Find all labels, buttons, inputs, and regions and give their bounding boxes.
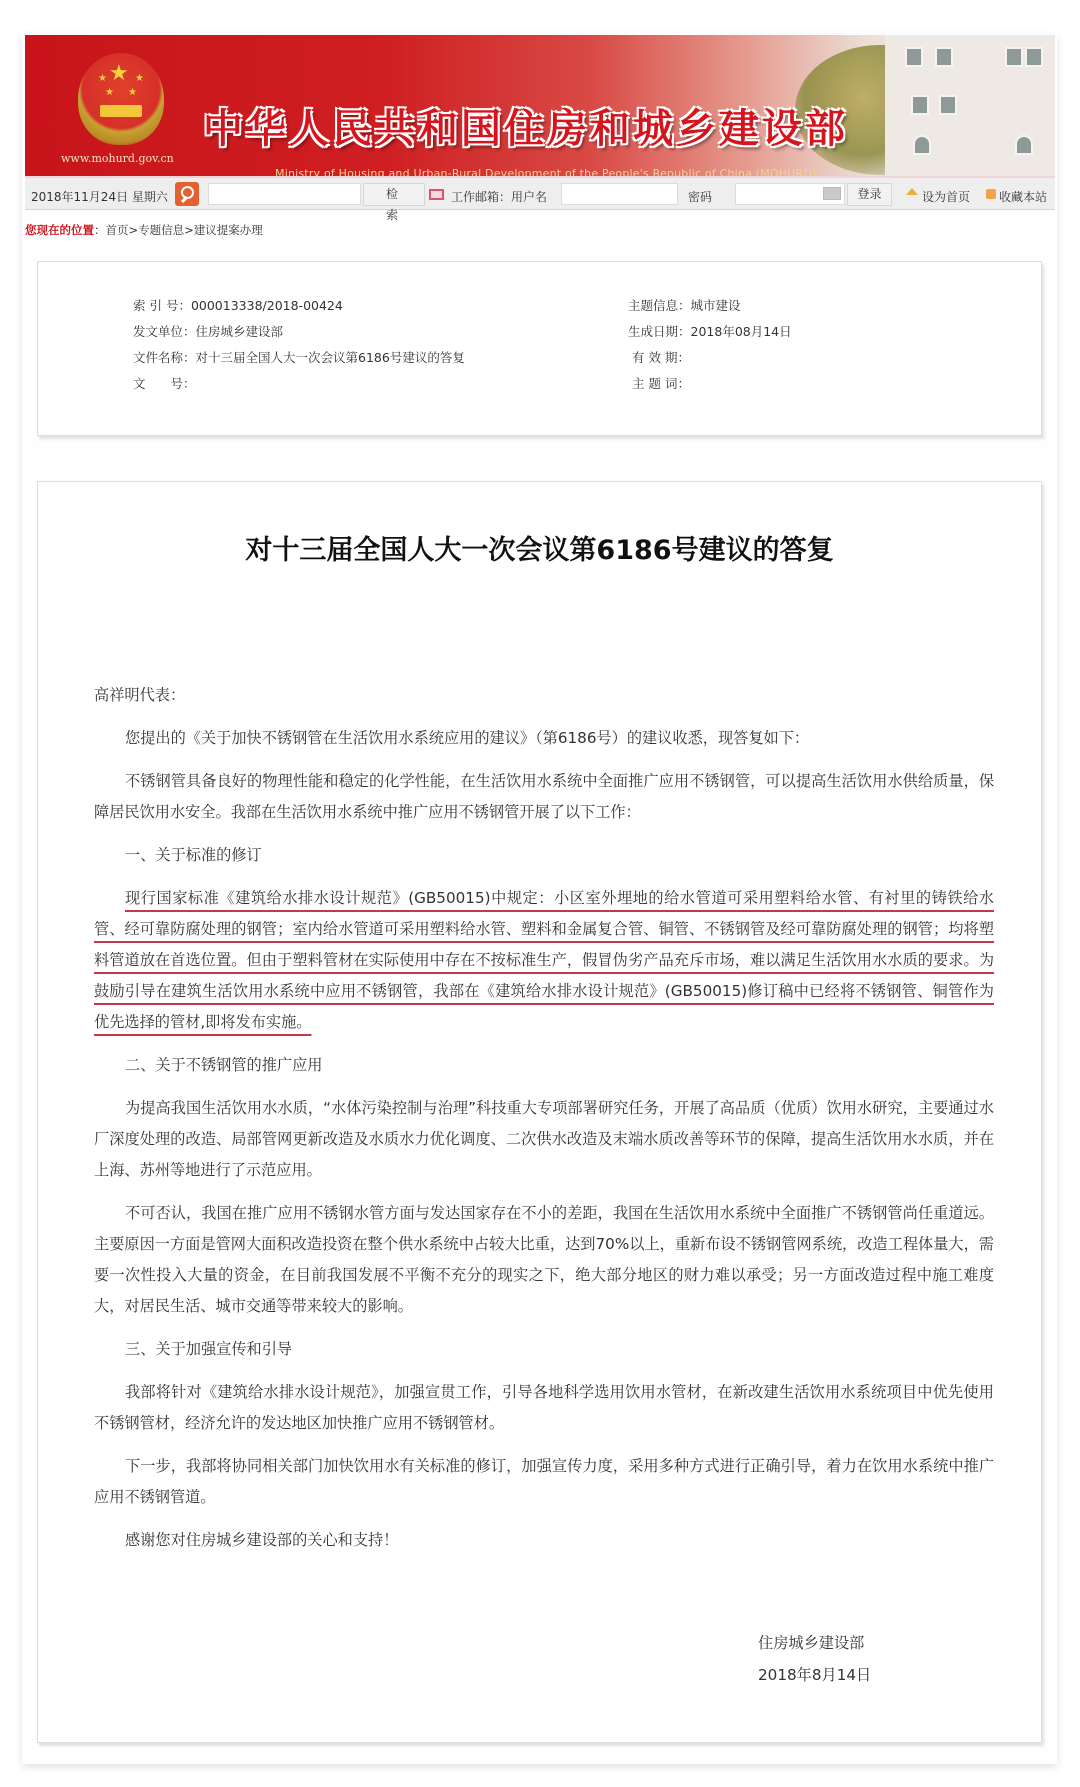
paragraph: 您提出的《关于加快不锈钢管在生活饮用水系统应用的建议》（第6186号）的建议收悉… <box>94 723 994 754</box>
breadcrumb: 您现在的位置：首页>专题信息>建议提案办理 <box>25 222 263 238</box>
meta-validity: 有 效 期： <box>632 348 690 366</box>
site-banner: ★ ★★ ★★ www.mohurd.gov.cn 中华人民共和国住房和城乡建设… <box>25 35 1055 176</box>
meta-created-date: 生成日期：2018年08月14日 <box>628 322 792 340</box>
top-toolbar: 2018年11月24日 星期六 检索 工作邮箱：用户名 密码 登录 设为首页 收… <box>25 176 1055 210</box>
meta-file-name: 文件名称：对十三届全国人大一次会议第6186号建议的答复 <box>133 348 465 366</box>
ministry-title-cn: 中华人民共和国住房和城乡建设部 <box>203 97 848 154</box>
signature-date: 2018年8月14日 <box>758 1664 871 1685</box>
salutation: 高祥明代表： <box>94 680 994 711</box>
meta-index-number: 索 引 号：000013338/2018-00424 <box>133 296 343 314</box>
paragraph: 为提高我国生活饮用水水质，“水体污染控制与治理”科技重大专项部署研究任务，开展了… <box>94 1093 994 1186</box>
breadcrumb-path[interactable]: 首页>专题信息>建议提案办理 <box>106 223 263 237</box>
search-icon[interactable] <box>175 182 199 206</box>
meta-topic: 主题信息：城市建设 <box>628 296 741 314</box>
paragraph: 不可否认，我国在推广应用不锈钢水管方面与发达国家存在不小的差距，我国在生活饮用水… <box>94 1198 994 1322</box>
mail-icon <box>429 189 444 200</box>
meta-keywords: 主 题 词： <box>632 374 690 392</box>
section-heading: 三、关于加强宣传和引导 <box>94 1334 994 1365</box>
paragraph: 不锈钢管具备良好的物理性能和稳定的化学性能，在生活饮用水系统中全面推广应用不锈钢… <box>94 766 994 828</box>
document-title: 对十三届全国人大一次会议第6186号建议的答复 <box>38 528 1041 567</box>
bookmark-icon <box>986 189 996 199</box>
home-arrow-icon <box>906 188 918 195</box>
search-button[interactable]: 检索 <box>363 183 425 206</box>
search-input[interactable] <box>208 183 361 205</box>
section-heading: 二、关于不锈钢管的推广应用 <box>94 1050 994 1081</box>
breadcrumb-separator: ： <box>94 223 106 237</box>
national-emblem-icon: ★ ★★ ★★ <box>78 53 164 145</box>
login-button[interactable]: 登录 <box>847 183 892 206</box>
username-input[interactable] <box>561 183 678 205</box>
section-heading: 一、关于标准的修订 <box>94 840 994 871</box>
highlighted-paragraph: 现行国家标准《建筑给水排水设计规范》(GB50015)中规定：小区室外埋地的给水… <box>94 883 994 1038</box>
paragraph: 下一步，我部将协同相关部门加快饮用水有关标准的修订，加强宣传力度，采用多种方式进… <box>94 1451 994 1513</box>
mail-username-label: 工作邮箱：用户名 <box>451 188 547 205</box>
breadcrumb-prefix: 您现在的位置 <box>25 223 94 237</box>
current-date: 2018年11月24日 星期六 <box>31 188 168 205</box>
meta-issuer: 发文单位：住房城乡建设部 <box>133 322 283 340</box>
paragraph: 我部将针对《建筑给水排水设计规范》，加强宣贯工作，引导各地科学选用饮用水管材，在… <box>94 1377 994 1439</box>
underlined-text: 现行国家标准《建筑给水排水设计规范》(GB50015)中规定：小区室外埋地的给水… <box>94 889 994 1031</box>
site-url: www.mohurd.gov.cn <box>61 152 174 165</box>
set-homepage-link[interactable]: 设为首页 <box>922 188 970 205</box>
document-body: 高祥明代表： 您提出的《关于加快不锈钢管在生活饮用水系统应用的建议》（第6186… <box>94 680 994 1568</box>
meta-document-number: 文 号： <box>133 374 196 392</box>
signature-org: 住房城乡建设部 <box>758 1632 864 1653</box>
document-content-panel: 对十三届全国人大一次会议第6186号建议的答复 高祥明代表： 您提出的《关于加快… <box>37 481 1042 1743</box>
closing-paragraph: 感谢您对住房城乡建设部的关心和支持！ <box>94 1525 994 1556</box>
banner-building-image <box>885 35 1055 176</box>
ministry-title-en: Ministry of Housing and Urban-Rural Deve… <box>275 167 817 176</box>
document-metadata-panel: 索 引 号：000013338/2018-00424 发文单位：住房城乡建设部 … <box>37 261 1042 436</box>
add-favorite-link[interactable]: 收藏本站 <box>999 188 1047 205</box>
password-label: 密码 <box>688 188 712 205</box>
keyboard-icon[interactable] <box>823 187 841 200</box>
